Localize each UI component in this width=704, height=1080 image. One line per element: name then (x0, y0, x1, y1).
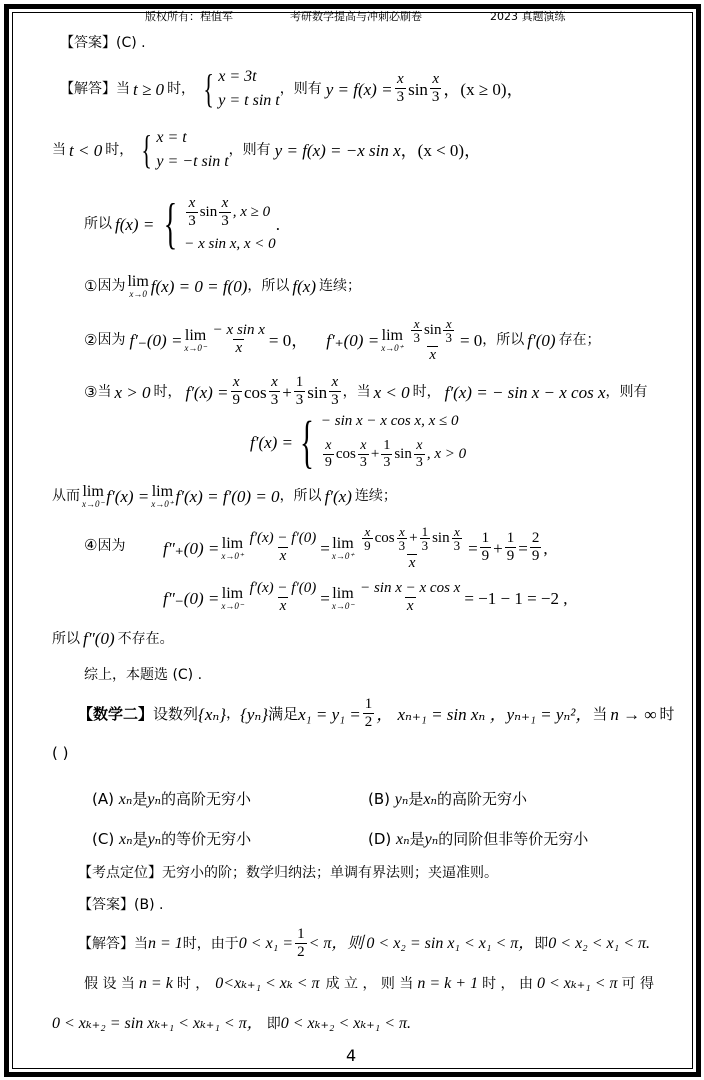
text: ，所以 (280, 489, 322, 503)
numerator: 1 (295, 927, 307, 943)
denominator: 3 (395, 88, 407, 106)
sequence-y: {yₙ} (240, 706, 268, 723)
text: 所以 (52, 632, 80, 646)
numerator: 1 (363, 697, 375, 713)
step-4-label: ④ 因为 (84, 538, 125, 553)
denominator: x (278, 547, 289, 565)
limit: limx→0⁻ (332, 586, 354, 611)
initial-condition: x₁ = y₁ = (298, 706, 361, 723)
step-2: ② 因为 f′₋(0) = limx→0⁻ − x sin xx = 0， f′… (84, 314, 601, 366)
case-system: x = 3t y = t sin t (218, 69, 279, 109)
circled-number-2: ② (84, 333, 97, 348)
fraction: x3 (430, 72, 442, 105)
limit: limx→0⁻ (221, 586, 243, 611)
option-label: (C) (92, 830, 114, 848)
case-2: x9 cos x3 + 13 sin x3 , x > 0 (321, 439, 466, 470)
denominator: 3 (411, 330, 422, 345)
text: 时， (413, 385, 441, 399)
circled-number-1: ① (84, 279, 97, 294)
math-domain: ，(x < 0)， (401, 142, 481, 159)
math-sin: sin (307, 384, 327, 401)
fraction: x3 (186, 196, 198, 229)
math-cos: cos (244, 384, 267, 401)
text: 满足 (268, 707, 298, 722)
condition: , x > 0 (427, 447, 466, 462)
recurrence-x: ， xₙ₊₁ = sin xₙ ， (376, 706, 506, 723)
piecewise-cases: − sin x − x cos x, x ≤ 0 x9 cos x3 + 13 … (321, 414, 466, 470)
problem2-stem: 【数学二】 设数列 {xₙ} ， {yₙ} 满足 x₁ = y₁ = 12 ， … (78, 696, 675, 732)
text: 当 (97, 385, 111, 399)
option-d[interactable]: (D) xₙ是yₙ的同阶但非等价无穷小 (368, 828, 588, 849)
text: ， (226, 707, 240, 721)
denominator: x (278, 597, 289, 615)
answer-line-1: 【答案】 (C) . (60, 36, 146, 50)
math-expression: f′(0) (527, 332, 555, 349)
fraction: 12 (363, 697, 375, 730)
math-expression: y = f(x) = −x sin x (275, 142, 401, 159)
math: 0 < x₂ = sin x₁ < x₁ < π， (366, 936, 534, 952)
conclusion-3: 从而 limx→0⁻ f′(x) = limx→0⁺ f′(x) = f′(0)… (52, 484, 397, 508)
limit: limx→0 (127, 274, 148, 299)
limit: limx→0⁺ (151, 484, 173, 509)
math-expression: = 0 (460, 332, 482, 349)
option-a[interactable]: (A) xₙ是yₙ的高阶无穷小 (92, 788, 251, 809)
text: 连续； (355, 489, 397, 503)
step-4-right-derivative: f″₊(0) = limx→0⁺ f′(x) − f′(0)x = limx→0… (163, 522, 548, 574)
numerator: − x sin x (211, 323, 267, 339)
math-sin: sin (432, 531, 450, 547)
text: 时， (167, 82, 195, 96)
text: 的高阶无穷小 (161, 790, 251, 808)
math-expression: = 0， (269, 332, 308, 349)
lim-label: lim (332, 586, 353, 602)
text: ，则有 (606, 385, 648, 399)
fraction: x3 (411, 317, 422, 346)
equation: y = −t sin t (156, 154, 228, 170)
left-brace: { (203, 69, 214, 109)
header-book-title: 考研数学提高与冲刺必刷卷 (290, 8, 422, 24)
lim-label: lim (222, 586, 243, 602)
lim-label: lim (127, 274, 148, 290)
math-expression: y = f(x) = (326, 81, 393, 98)
denominator: 3 (219, 212, 231, 230)
text: 即 (267, 1017, 281, 1031)
fraction: x9 cos x3 + 13 sin x3 x (358, 525, 466, 571)
text: 是 (410, 830, 425, 848)
text: 当 (116, 82, 130, 96)
numerator: x (444, 317, 454, 331)
text: 综上，本题选 (C) . (84, 668, 202, 682)
answer-value: (B) . (134, 898, 163, 912)
circled-number-3: ③ (84, 385, 97, 400)
period: . (276, 216, 280, 233)
math-limit: n → ∞ (610, 706, 656, 723)
topic-text: 无穷小的阶；数学归纳法；单调有界法则；夹逼准则。 (162, 866, 498, 880)
limit: limx→0⁻ (184, 328, 206, 353)
text: 时 (660, 707, 675, 722)
denominator: 3 (186, 212, 198, 230)
numerator: x (187, 196, 198, 212)
answer-line-2: 【答案】 (B) . (78, 898, 163, 912)
fraction: x3 sin x3 x (407, 317, 458, 363)
math-expression: f″₋(0) = (163, 590, 219, 607)
denominator: 3 (430, 88, 442, 106)
lim-subscript: x→0 (129, 290, 147, 299)
text: 是 (133, 830, 148, 848)
answer-label: 【答案】 (78, 898, 134, 912)
math: yₙ (148, 831, 162, 848)
text: 可 得 (622, 977, 654, 991)
solution2-line3: 0 < xₖ₊₂ = sin xₖ₊₁ < xₖ₊₁ < π， 即 0 < xₖ… (52, 1016, 411, 1032)
fraction: 12 (295, 927, 307, 960)
limit: limx→0⁺ (381, 328, 403, 353)
lim-subscript: x→0⁺ (221, 552, 243, 561)
step-3: ③ 当 x > 0 时， f′(x) = x9 cos x3 + 13 sin … (84, 374, 648, 410)
topic-label: 【考点定位】 (78, 866, 162, 880)
circled-number-4: ④ (84, 538, 97, 553)
text: ，所以 (482, 333, 524, 347)
math: 0 < xₖ₊₁ < π (537, 976, 618, 992)
text: 即 (534, 937, 548, 951)
limit: limx→0⁺ (332, 536, 354, 561)
case-system: x = t y = −t sin t (156, 130, 228, 170)
solution-label: 【解答】 (60, 82, 116, 96)
numerator: − sin x − x cos x (358, 581, 462, 597)
math: 0 < x₂ < x₁ < π. (548, 936, 650, 952)
fraction: − sin x − x cos xx (358, 581, 462, 614)
piecewise-fprime: f′(x) = { − sin x − x cos x, x ≤ 0 x9 co… (250, 414, 466, 470)
fraction: f′(x) − f′(0)x (248, 531, 319, 564)
solution2-line2: 假 设 当 n = k 时 ， 0<xₖ₊₁ < xₖ < π 成 立 ， 则 … (84, 976, 654, 992)
math: < π，则 (309, 936, 364, 952)
text: ，则有 (229, 143, 271, 157)
lim-label: lim (82, 484, 103, 500)
blank: ( ) (52, 746, 68, 761)
piecewise-cases: x3 sin x3 , x ≥ 0 − x sin x, x < 0 (184, 196, 275, 252)
option-c[interactable]: (C) xₙ是yₙ的等价无穷小 (92, 828, 251, 849)
header-copyright: 版权所有：程值军 (145, 8, 233, 24)
answer-value: (C) . (116, 36, 146, 50)
lim-label: lim (222, 536, 243, 552)
solution-case1: 【解答】 当 t ≥ 0 时， { x = 3t y = t sin t ，则有… (60, 70, 524, 108)
text: 是 (132, 790, 147, 808)
text: 时 ， (177, 977, 209, 991)
sequence-x: {xₙ} (198, 706, 226, 723)
equation: x = t (156, 130, 228, 146)
numerator: f′(x) − f′(0) (248, 531, 319, 547)
numerator: f′(x) − f′(0) (248, 581, 319, 597)
numerator: x (430, 72, 441, 88)
lim-label: lim (152, 484, 173, 500)
text: 是 (408, 790, 423, 808)
denominator: x (405, 597, 416, 615)
numerator: x (220, 196, 231, 212)
lim-label: lim (382, 328, 403, 344)
equation: x = 3t (218, 69, 279, 85)
denominator: 2 (363, 713, 375, 731)
text: 设数列 (153, 707, 198, 722)
case-1: − sin x − x cos x, x ≤ 0 (321, 414, 466, 429)
math-expression: f′(x) = (106, 488, 149, 505)
fraction: − x sin xx (211, 323, 267, 356)
fraction: 13 (294, 375, 306, 408)
comma: , (543, 540, 547, 557)
header-section: 2023 真题演练 (490, 8, 566, 24)
lim-subscript: x→0⁻ (221, 602, 243, 611)
math: 0 < x₁ = (239, 936, 293, 952)
option-b[interactable]: (B) yₙ是xₙ的高阶无穷小 (368, 788, 527, 809)
text: 因为 (97, 539, 125, 553)
step-4-conclusion: 所以 f″(0) 不存在。 (52, 630, 174, 647)
text: 所以 (84, 217, 112, 231)
math-domain: ，(x ≥ 0)， (443, 81, 523, 98)
text: 因为 (97, 333, 125, 347)
math: xₙ (423, 791, 437, 808)
text: 时， (153, 385, 181, 399)
limit: limx→0⁻ (82, 484, 104, 509)
fraction: x3 (329, 375, 341, 408)
math-expression: f′(x) (325, 488, 352, 505)
plus: + (282, 384, 292, 401)
lim-subscript: x→0⁺ (332, 552, 354, 561)
text: 连续； (319, 279, 361, 293)
left-brace: { (164, 196, 177, 252)
lim-subscript: x→0⁻ (184, 344, 206, 353)
math-expression: f(x) (292, 278, 316, 295)
topic-line: 【考点定位】 无穷小的阶；数学归纳法；单调有界法则；夹逼准则。 (78, 866, 498, 880)
fraction: x9 (231, 375, 243, 408)
denominator: x (427, 346, 438, 364)
math: 0 < xₖ₊₂ < xₖ₊₁ < π. (281, 1016, 411, 1032)
lim-label: lim (185, 328, 206, 344)
answer-label: 【答案】 (60, 36, 116, 50)
math: xₙ (119, 831, 133, 848)
plus: + (493, 540, 503, 557)
fraction: x3 (443, 317, 454, 346)
math-sin: sin (408, 81, 428, 98)
lim-subscript: x→0⁺ (151, 500, 173, 509)
math-expression: f′₊(0) = (326, 332, 379, 349)
text: 时， (105, 143, 133, 157)
text: 不存在。 (118, 632, 174, 646)
text: ，所以 (247, 279, 289, 293)
text: 当 (592, 707, 607, 722)
math-cos: cos (375, 531, 395, 547)
final-answer: 综上，本题选 (C) . (84, 668, 202, 682)
fraction: f′(x) − f′(0)x (248, 581, 319, 614)
math-expression: f″₊(0) = (163, 540, 219, 557)
case-1: x3 sin x3 , x ≥ 0 (184, 196, 275, 229)
text: 存在； (559, 333, 601, 347)
math: n = 1 (148, 936, 183, 952)
lim-subscript: x→0⁻ (332, 602, 354, 611)
lim-subscript: x→0⁻ (82, 500, 104, 509)
denominator: x (233, 339, 244, 357)
text: 因为 (97, 279, 125, 293)
left-brace: { (142, 130, 153, 170)
text: 从而 (52, 489, 80, 503)
answer-blank: ( ) (52, 746, 68, 761)
solution-label: 【解答】 (78, 937, 134, 951)
math-sin: sin (424, 323, 442, 339)
math-result: = −1 − 1 = −2 , (464, 590, 567, 607)
page-number: 4 (346, 1046, 356, 1065)
fraction: x3 (219, 196, 231, 229)
math: yₙ (395, 791, 409, 808)
math-sin: sin (200, 205, 218, 220)
equation: y = t sin t (218, 93, 279, 109)
lim-label: lim (332, 536, 353, 552)
limit: limx→0⁺ (221, 536, 243, 561)
solution2-line1: 【解答】 当 n = 1 时，由于 0 < x₁ = 12 < π，则 0 < … (78, 926, 650, 962)
math-condition: x > 0 (114, 384, 150, 401)
math: n = k + 1 (417, 976, 478, 992)
summary-piecewise: 所以 f(x) = { x3 sin x3 , x ≥ 0 − x sin x,… (84, 196, 280, 252)
lim-subscript: x→0⁺ (381, 344, 403, 353)
step-4-left-derivative: f″₋(0) = limx→0⁻ f′(x) − f′(0)x = limx→0… (163, 580, 568, 616)
math: xₙ (119, 791, 133, 808)
math-condition: t ≥ 0 (133, 81, 164, 98)
text: ，当 (343, 385, 371, 399)
numerator: x (395, 72, 406, 88)
math: yₙ (147, 791, 161, 808)
fraction: x3 (395, 72, 407, 105)
math-condition: t < 0 (69, 142, 102, 159)
text: 的同阶但非等价无穷小 (438, 830, 588, 848)
numerator: x (412, 317, 422, 331)
option-label: (B) (368, 790, 390, 808)
math-condition: x < 0 (374, 384, 410, 401)
math: xₙ (396, 831, 410, 848)
left-brace: { (300, 413, 314, 471)
text: 成 立 ， 则 当 (326, 977, 414, 991)
option-label: (A) (92, 790, 114, 808)
plus: + (409, 531, 417, 547)
text: 的高阶无穷小 (437, 790, 527, 808)
math: 0 < xₖ₊₂ = sin xₖ₊₁ < xₖ₊₁ < π， (52, 1016, 263, 1032)
math-expression: f(x) = 0 = f(0) (151, 278, 248, 295)
text: 时，由于 (183, 937, 239, 951)
text: 时 ， 由 (482, 977, 533, 991)
math-expression: f′(x) = − sin x − x cos x (445, 384, 606, 401)
denominator: 3 (443, 330, 454, 345)
math-expression: f(x) = (115, 216, 154, 233)
math-expression: f″(0) (83, 630, 115, 647)
text: 当 (52, 143, 66, 157)
math: yₙ (425, 831, 439, 848)
math-expression: f′₋(0) = (129, 332, 182, 349)
step-1: ① 因为 limx→0 f(x) = 0 = f(0) ，所以 f(x) 连续； (84, 274, 361, 298)
condition: , x ≥ 0 (233, 205, 270, 220)
math: 0<xₖ₊₁ < xₖ < π (215, 976, 319, 992)
problem-label: 【数学二】 (78, 707, 153, 722)
recurrence-y: yₙ₊₁ = yₙ²， (507, 706, 593, 723)
math: n = k (139, 976, 173, 992)
text: 假 设 当 (84, 977, 135, 991)
solution-case2: 当 t < 0 时， { x = t y = −t sin t ，则有 y = … (52, 130, 481, 170)
math-expression: f′(x) = (250, 434, 293, 451)
numerator: x3 sin x3 (407, 317, 458, 346)
denominator: 2 (295, 943, 307, 961)
text: ，则有 (280, 82, 322, 96)
option-label: (D) (368, 830, 391, 848)
math-expression: f′(x) = f′(0) = 0 (176, 488, 280, 505)
text: 的等价无穷小 (161, 830, 251, 848)
fraction: x3 (269, 375, 281, 408)
case-2: − x sin x, x < 0 (184, 237, 275, 252)
text: 当 (134, 937, 148, 951)
math-expression: f′(x) = (185, 384, 228, 401)
